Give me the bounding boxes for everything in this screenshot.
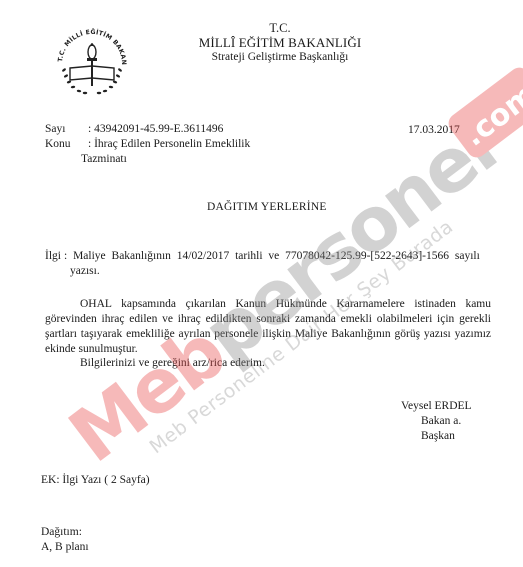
addressee: DAĞITIM YERLERİNE	[207, 201, 327, 213]
ilgi-label: İlgi	[45, 249, 64, 264]
reference-number: Sayı: 43942091-45.99-E.3611496	[45, 122, 223, 137]
ilgi-line2: yazısı.	[70, 264, 100, 279]
distribution-label: Dağıtım:	[41, 525, 82, 540]
body-paragraph: OHAL kapsamında çıkarılan Kanun Hükmünde…	[45, 297, 491, 357]
watermark-tld: .com	[457, 77, 523, 154]
sayi-value: : 43942091-45.99-E.3611496	[88, 123, 223, 135]
signatory-title-2: Başkan	[421, 429, 455, 444]
ilgi-line1: : Maliye Bakanlığının 14/02/2017 tarihli…	[64, 250, 480, 262]
ilgi-reference: İlgi: Maliye Bakanlığının 14/02/2017 tar…	[45, 249, 480, 264]
closing-paragraph: Bilgilerinizi ve gereğini arz/rica ederi…	[80, 356, 265, 371]
ministry-name: MİLLÎ EĞİTİM BAKANLIĞI	[190, 36, 370, 51]
signatory-title-1: Bakan a.	[421, 414, 461, 429]
konu-label: Konu	[45, 137, 88, 152]
signatory-name: Veysel ERDEL	[401, 399, 472, 414]
document-page: T.C. MİLLİ EĞİTİM BAKANLIĞI	[0, 0, 523, 567]
letterhead: T.C. MİLLÎ EĞİTİM BAKANLIĞI Strateji Gel…	[190, 21, 370, 65]
attachment-note: EK: İlgi Yazı ( 2 Sayfa)	[41, 473, 150, 488]
department-name: Strateji Geliştirme Başkanlığı	[190, 50, 370, 65]
konu-value: : İhraç Edilen Personelin Emeklilik	[88, 138, 250, 150]
watermark-tld-badge	[445, 64, 523, 162]
state-abbreviation: T.C.	[190, 21, 370, 36]
document-date: 17.03.2017	[408, 123, 460, 138]
subject-continuation: Tazminatı	[81, 152, 127, 167]
sayi-label: Sayı	[45, 122, 88, 137]
ministry-emblem-icon: T.C. MİLLİ EĞİTİM BAKANLIĞI	[50, 18, 134, 102]
distribution-value: A, B planı	[41, 540, 89, 555]
subject: Konu: İhraç Edilen Personelin Emeklilik	[45, 137, 250, 152]
ministry-logo: T.C. MİLLİ EĞİTİM BAKANLIĞI	[50, 18, 134, 102]
